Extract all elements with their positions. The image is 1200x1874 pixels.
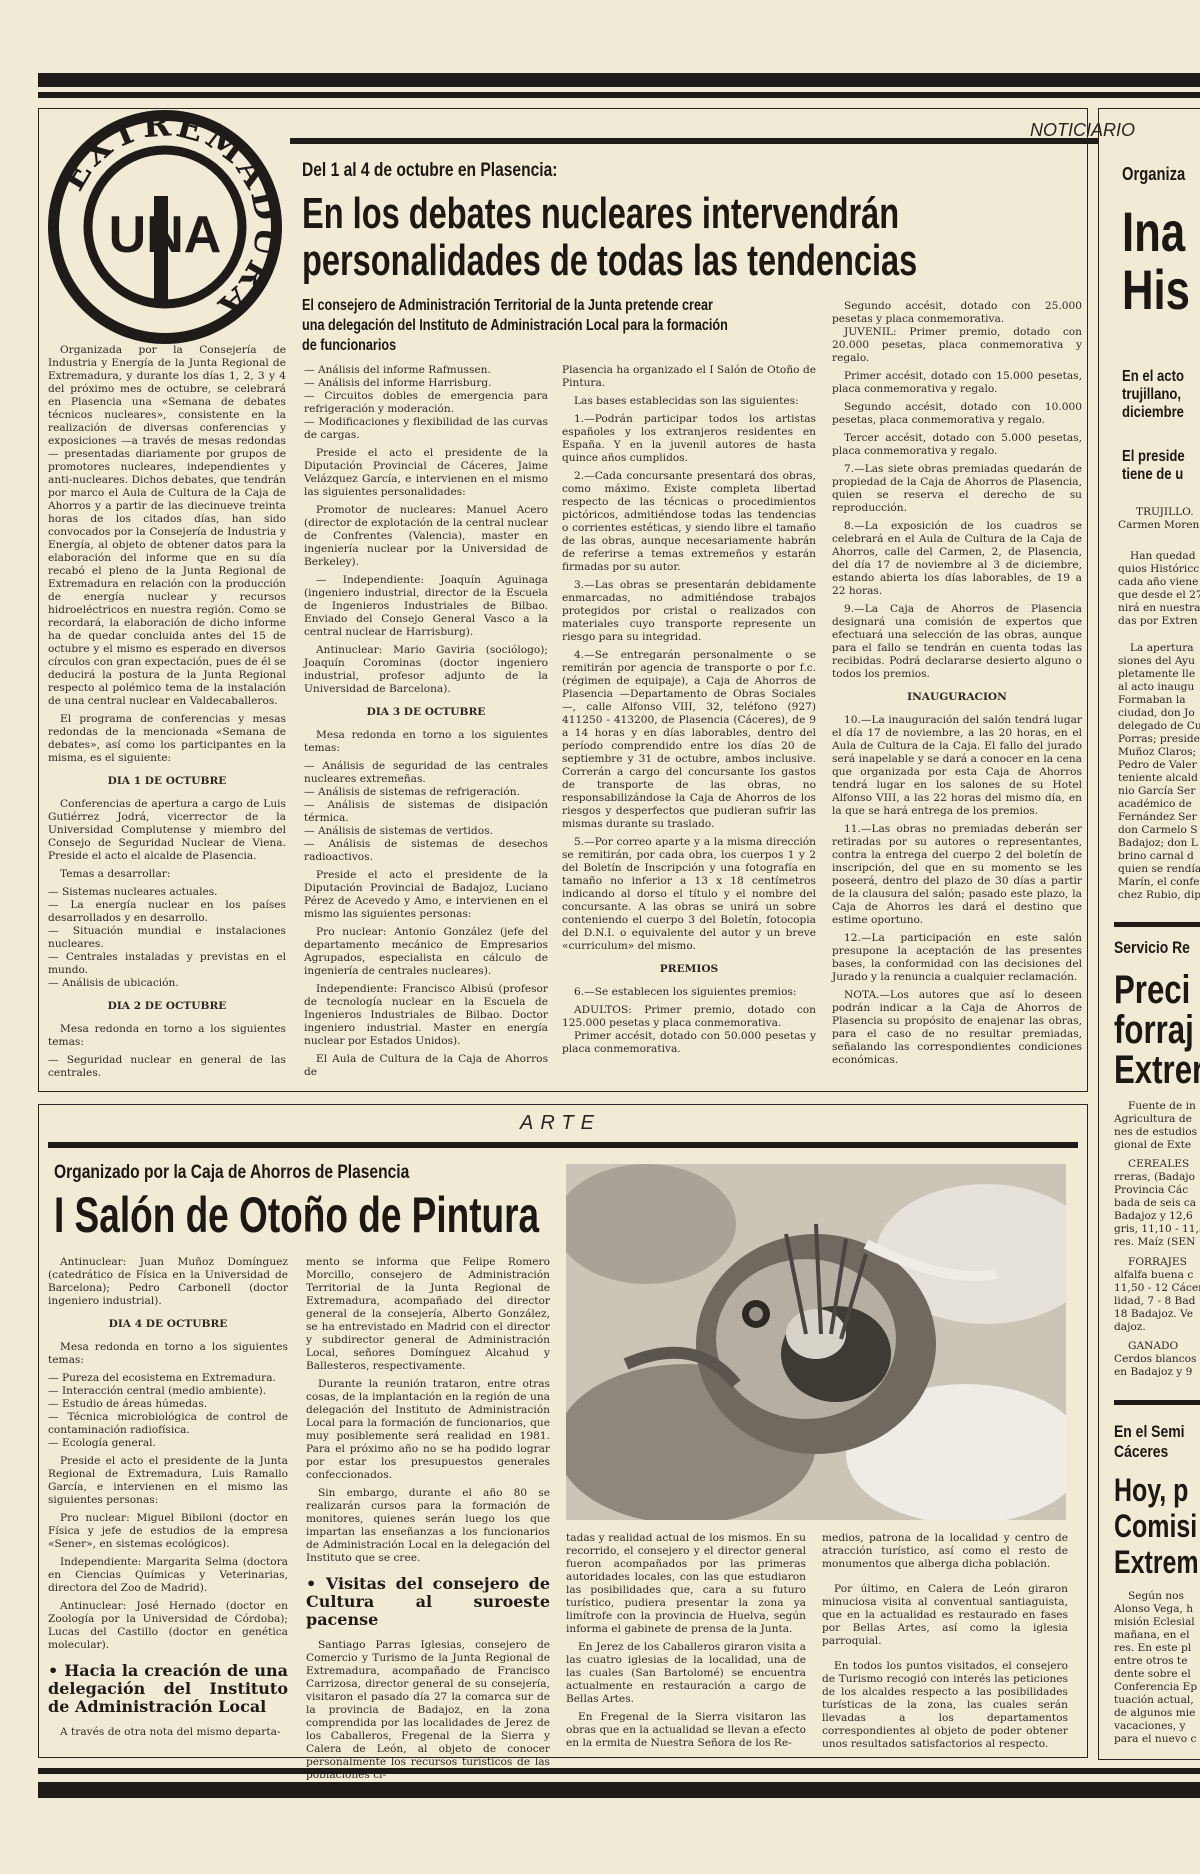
section-label-arte: ARTE	[520, 1112, 601, 1135]
main-col-1: Organizada por la Consejería de Industri…	[48, 344, 286, 1080]
sidebar-line: nes de estudios	[1114, 1126, 1197, 1139]
sidebar-para-5: FORRAJES alfalfa buena c 11,50 - 12 Cáce…	[1114, 1256, 1200, 1334]
main-col-4: Segundo accésit, dotado con 25.000 peset…	[832, 300, 1082, 1072]
article-headline-line1: En los debates nucleares intervendrán	[302, 190, 899, 238]
sidebar-kicker-line: En el Semi	[1114, 1422, 1185, 1442]
subhead-visitas: • Visitas del consejero de Cultura al su…	[306, 1575, 550, 1629]
sidebar-line: Provincia Các	[1114, 1184, 1200, 1197]
sidebar-line: delegado de Cu	[1118, 720, 1200, 733]
juvenil-accesit-2: Segundo accésit, dotado con 10.000 peset…	[832, 401, 1082, 427]
sidebar-line: brino carnal d	[1118, 850, 1200, 863]
sidebar-para-7: Según nos Alonso Vega, h misión Eclesial…	[1114, 1590, 1197, 1746]
sidebar-headline-line: Preci	[1114, 970, 1200, 1010]
day3-indep: Independiente: Francisco Albisú (profeso…	[304, 983, 548, 1048]
sidebar-line: mañana, en el	[1114, 1629, 1197, 1642]
sidebar-para-1: Han quedad quios Históricc cada año vien…	[1118, 550, 1200, 628]
day2-topic: — Seguridad nuclear en general de las ce…	[48, 1054, 286, 1080]
sidebar-headline-3: Hoy, p Comisi Extrem	[1114, 1472, 1199, 1580]
day4-indep: Independiente: Margarita Selma (doctora …	[48, 1556, 288, 1595]
visitas-fregenal: En Fregenal de la Sierra visitaron las o…	[566, 1711, 806, 1750]
sidebar-kicker-3: En el Semi Cáceres	[1114, 1422, 1185, 1462]
svg-text:UNA: UNA	[109, 206, 222, 264]
sidebar-line: Porras; preside	[1118, 733, 1200, 746]
sidebar-line: gris, 11,10 - 11,3	[1114, 1223, 1200, 1236]
flower-photo-icon	[566, 1164, 1066, 1520]
day4-preside: Preside el acto el presidente de la Junt…	[48, 1455, 288, 1507]
sidebar-line: tuación actual,	[1114, 1694, 1197, 1707]
sidebar-line: 11,50 - 12 Cácer	[1114, 1282, 1200, 1295]
day1-topic: — La energía nuclear en los países desar…	[48, 899, 286, 925]
sidebar-deck-2: El preside tiene de u	[1122, 448, 1185, 484]
day2-independiente: — Independiente: Joaquín Aguinaga (ingen…	[304, 574, 548, 639]
arte-col-1: Antinuclear: Juan Muñoz Domínguez (cated…	[48, 1256, 288, 1744]
juvenil-prize: JUVENIL: Primer premio, dotado con 20.00…	[832, 326, 1082, 365]
base-5: 5.—Por correo aparte y a la misma direcc…	[562, 836, 816, 953]
sidebar-headline-1a: Ina	[1122, 202, 1185, 262]
article-deck: El consejero de Administración Territori…	[302, 296, 729, 356]
sidebar-deck-line: El preside	[1122, 448, 1185, 466]
aula-start: El Aula de Cultura de la Caja de Ahorros…	[304, 1053, 548, 1079]
sidebar-para-2: La apertura siones del Ayu pletamente ll…	[1118, 642, 1200, 902]
sidebar-line: das por Extren	[1118, 615, 1200, 628]
day3-heading: DIA 3 DE OCTUBRE	[304, 706, 548, 719]
delegacion-p1: mento se informa que Felipe Romero Morci…	[306, 1256, 550, 1373]
sidebar-deck-line: En el acto	[1122, 368, 1184, 386]
painting-photo	[566, 1164, 1066, 1520]
sidebar-line: académico de	[1118, 798, 1200, 811]
sidebar-headline-line: Comisi	[1114, 1508, 1199, 1544]
sidebar-rule-2	[1114, 1400, 1200, 1405]
sidebar-headline-line: Extrer	[1114, 1050, 1200, 1090]
sidebar-line: Agricultura de	[1114, 1113, 1197, 1126]
day4-pro: Pro nuclear: Miguel Bibiloni (doctor en …	[48, 1512, 288, 1551]
sidebar-line: dajoz.	[1114, 1321, 1200, 1334]
day1-topics-label: Temas a desarrollar:	[48, 868, 286, 881]
sidebar-line: para el nuevo c	[1114, 1733, 1197, 1746]
juvenil-accesit-1: Primer accésit, dotado con 15.000 peseta…	[832, 370, 1082, 396]
sidebar-line: Cerdos blancos	[1114, 1353, 1196, 1366]
sidebar-line: La apertura	[1118, 642, 1200, 655]
sidebar-line: rreras, (Badajo	[1114, 1171, 1200, 1184]
day4-topic: — Estudio de áreas húmedas.	[48, 1398, 288, 1411]
sidebar-line: dente sobre el	[1114, 1668, 1197, 1681]
adultos-prize: ADULTOS: Primer premio, dotado con 125.0…	[562, 1004, 816, 1030]
sidebar-line: siones del Ayu	[1118, 655, 1200, 668]
program-paragraph: El programa de conferencias y mesas redo…	[48, 713, 286, 765]
sidebar-line: Pedro de Valer	[1118, 759, 1200, 772]
sidebar-line: vacaciones, y	[1114, 1720, 1197, 1733]
sidebar-deck-line: diciembre	[1122, 404, 1184, 422]
sidebar-line: quios Históricc	[1118, 563, 1200, 576]
sidebar-deck-line: tiene de u	[1122, 466, 1185, 484]
salon-intro: Plasencia ha organizado el I Salón de Ot…	[562, 364, 816, 390]
day3-topic: — Análisis de sistemas de vertidos.	[304, 825, 548, 838]
sidebar-line: Badajoz; don L	[1118, 837, 1200, 850]
sidebar-line: nio García Ser	[1118, 785, 1200, 798]
sidebar-line: quien se rendía	[1118, 863, 1200, 876]
day1-heading: DIA 1 DE OCTUBRE	[48, 775, 286, 788]
sidebar-para-6: GANADO Cerdos blancos en Badajoz y 9	[1114, 1340, 1196, 1379]
sidebar-line: res. En este pl	[1114, 1642, 1197, 1655]
day3-topic: — Análisis de sistemas de refrigeración.	[304, 786, 548, 799]
top-thick-rule	[38, 73, 1200, 87]
sidebar-line: alfalfa buena c	[1114, 1269, 1200, 1282]
sidebar-para-4: CEREALES rreras, (Badajo Provincia Các b…	[1114, 1158, 1200, 1249]
sidebar-deck-line: trujillano,	[1122, 386, 1184, 404]
bases-intro: Las bases establecidas son las siguiente…	[562, 395, 816, 408]
sidebar-line: Muñoz Claros;	[1118, 746, 1200, 759]
day3-paragraph: Mesa redonda en torno a los siguientes t…	[304, 729, 548, 755]
arte-kicker: Organizado por la Caja de Ahorros de Pla…	[54, 1162, 409, 1184]
sidebar-line: Formaban la	[1118, 694, 1200, 707]
sidebar-line: en Badajoz y 9	[1114, 1366, 1196, 1379]
headline-rule	[290, 138, 1098, 144]
day4-anti: Antinuclear: José Hernado (doctor en Zoo…	[48, 1600, 288, 1652]
adultos-accesit-2: Segundo accésit, dotado con 25.000 peset…	[832, 300, 1082, 326]
sidebar-column: Organiza Ina His En el acto trujillano, …	[1110, 150, 1200, 1750]
nota: NOTA.—Los autores que así lo deseen podr…	[832, 989, 1082, 1067]
sidebar-kicker-line: Cáceres	[1114, 1442, 1185, 1462]
article-kicker: Del 1 al 4 de octubre en Plasencia:	[302, 160, 557, 182]
sidebar-line: Fernández Ser	[1118, 811, 1200, 824]
sidebar-line: Marín, el confe	[1118, 876, 1200, 889]
day1-paragraph: Conferencias de apertura a cargo de Luis…	[48, 798, 286, 863]
sidebar-line: nirá en nuestra	[1118, 602, 1200, 615]
day1-topic: — Análisis de ubicación.	[48, 977, 286, 990]
arte-col-3: tadas y realidad actual de los mismos. E…	[566, 1532, 806, 1755]
intro-paragraph: Organizada por la Consejería de Industri…	[48, 344, 286, 708]
sidebar-line: Alonso Vega, h	[1114, 1603, 1197, 1616]
sidebar-line: cada año viene	[1118, 576, 1200, 589]
day3-topic: — Análisis de sistemas de disipación tér…	[304, 799, 548, 825]
inauguracion-heading: INAUGURACION	[832, 691, 1082, 704]
sidebar-line: chez Rubio, dip	[1118, 889, 1200, 902]
top-thin-rule	[38, 92, 1200, 98]
base-3: 3.—Las obras se presentarán debidamente …	[562, 579, 816, 644]
bottom-thick-rule	[38, 1782, 1200, 1798]
sidebar-deck-1: En el acto trujillano, diciembre	[1122, 368, 1184, 422]
sidebar-line: TRUJILLO.	[1118, 506, 1199, 519]
sidebar-line: al acto inaugu	[1118, 681, 1200, 694]
sidebar-line: pletamente lle	[1118, 668, 1200, 681]
day2-paragraph: Mesa redonda en torno a los siguientes t…	[48, 1023, 286, 1049]
main-col-2: — Análisis del informe Rafmussen. — Anál…	[304, 364, 548, 1084]
base-12: 12.—La participación en este salón presu…	[832, 932, 1082, 984]
sidebar-line: misión Eclesial	[1114, 1616, 1197, 1629]
sidebar-line: gional de Exte	[1114, 1139, 1197, 1152]
sidebar-line: don Carmelo S	[1118, 824, 1200, 837]
visitas-jerez: En Jerez de los Caballeros giraron visit…	[566, 1641, 806, 1706]
sidebar-line: FORRAJES	[1114, 1256, 1200, 1269]
extremadura-logo: EXTREMADURA UNA	[42, 104, 288, 350]
sidebar-line: Carmen Moren	[1118, 519, 1199, 532]
subhead-delegacion: • Hacia la creación de una delegación de…	[48, 1662, 288, 1716]
visitas-p2: tadas y realidad actual de los mismos. E…	[566, 1532, 806, 1636]
sidebar-headline-line: forraj	[1114, 1010, 1200, 1050]
day2-promotor: Promotor de nucleares: Manuel Acero (dir…	[304, 504, 548, 569]
day3-pro: Pro nuclear: Antonio González (jefe del …	[304, 926, 548, 978]
sidebar-headline-1b: His	[1122, 260, 1190, 320]
sidebar-kicker-2: Servicio Re	[1114, 938, 1190, 958]
arte-col-4: medios, patrona de la localidad y centro…	[822, 1532, 1068, 1756]
day2-topic: — Modificaciones y flexibilidad de las c…	[304, 416, 548, 442]
sidebar-line: res. Maíz (SEN	[1114, 1236, 1200, 1249]
base-6: 6.—Se establecen los siguientes premios:	[562, 986, 816, 999]
main-col-3: Plasencia ha organizado el I Salón de Ot…	[562, 364, 816, 1061]
day3-preside: Preside el acto el presidente de la Dipu…	[304, 869, 548, 921]
day4-heading: DIA 4 DE OCTUBRE	[48, 1318, 288, 1331]
premios-heading: PREMIOS	[562, 963, 816, 976]
sidebar-headline-line: Hoy, p	[1114, 1472, 1199, 1508]
day4-topic: — Pureza del ecosistema en Extremadura.	[48, 1372, 288, 1385]
base-2: 2.—Cada concursante presentará dos obras…	[562, 470, 816, 574]
adultos-accesit-1: Primer accésit, dotado con 50.000 peseta…	[562, 1030, 816, 1056]
sidebar-line: de algunos mie	[1114, 1707, 1197, 1720]
sidebar-line: lidad, 7 - 8 Bad	[1114, 1295, 1200, 1308]
day4-topic: — Técnica microbiológica de control de c…	[48, 1411, 288, 1437]
base-1: 1.—Podrán participar todos los artistas …	[562, 413, 816, 465]
bottom-thin-rule	[38, 1768, 1200, 1774]
sidebar-line: teniente alcald	[1118, 772, 1200, 785]
sidebar-line: 18 Badajoz. Ve	[1114, 1308, 1200, 1321]
arte-headline: I Salón de Otoño de Pintura	[54, 1188, 539, 1242]
sidebar-line: que desde el 27	[1118, 589, 1200, 602]
base-4: 4.—Se entregarán personalmente o se remi…	[562, 649, 816, 831]
day4-topic: — Interacción central (medio ambiente).	[48, 1385, 288, 1398]
sidebar-line: entre otros te	[1114, 1655, 1197, 1668]
day3-topic: — Análisis de sistemas de desechos radio…	[304, 838, 548, 864]
base-11: 11.—Las obras no premiadas deberán ser r…	[832, 823, 1082, 927]
day4-paragraph: Mesa redonda en torno a los siguientes t…	[48, 1341, 288, 1367]
delegacion-p2: Durante la reunión trataron, entre otras…	[306, 1378, 550, 1482]
day4-topic: — Ecología general.	[48, 1437, 288, 1450]
day2-heading: DIA 2 DE OCTUBRE	[48, 1000, 286, 1013]
visitas-medios: medios, patrona de la localidad y centro…	[822, 1532, 1068, 1571]
base-9: 9.—La Caja de Ahorros de Plasencia desig…	[832, 603, 1082, 681]
sidebar-rule-1	[1114, 922, 1200, 927]
visitas-p1: Santiago Parras Iglesias, consejero de C…	[306, 1639, 550, 1782]
article-headline-line2: personalidades de todas las tendencias	[302, 237, 917, 285]
day3-topic: — Análisis de seguridad de las centrales…	[304, 760, 548, 786]
visitas-calera: Por último, en Calera de León giraron mi…	[822, 1583, 1068, 1648]
day2-antinuclear: Antinuclear: Mario Gaviria (sociólogo); …	[304, 644, 548, 696]
sidebar-headline-2: Preci forraj Extrer	[1114, 970, 1200, 1090]
delegacion-start: A través de otra nota del mismo departa-	[48, 1726, 288, 1739]
sidebar-line: GANADO	[1114, 1340, 1196, 1353]
sidebar-line: bada de seis ca	[1114, 1197, 1200, 1210]
sidebar-kicker-1: Organiza	[1122, 164, 1185, 185]
visitas-conclusion: En todos los puntos visitados, el consej…	[822, 1660, 1068, 1751]
day2-topic: — Análisis del informe Harrisburg.	[304, 377, 548, 390]
base-7: 7.—Las siete obras premiadas quedarán de…	[832, 463, 1082, 515]
sidebar-line: CEREALES	[1114, 1158, 1200, 1171]
sidebar-line: Según nos	[1114, 1590, 1197, 1603]
sidebar-line: Badajoz y 12,6	[1114, 1210, 1200, 1223]
day3-antinuclear: Antinuclear: Juan Muñoz Domínguez (cated…	[48, 1256, 288, 1308]
day1-topic: — Situación mundial e instalaciones nucl…	[48, 925, 286, 951]
arte-rule	[48, 1142, 1078, 1148]
day2-topic: — Análisis del informe Rafmussen.	[304, 364, 548, 377]
day1-topic: — Sistemas nucleares actuales.	[48, 886, 286, 899]
sidebar-dateline: TRUJILLO. Carmen Moren	[1118, 506, 1199, 532]
sidebar-line: Han quedad	[1118, 550, 1200, 563]
base-8: 8.—La exposición de los cuadros se celeb…	[832, 520, 1082, 598]
juvenil-accesit-3: Tercer accésit, dotado con 5.000 pesetas…	[832, 432, 1082, 458]
sidebar-para-3: Fuente de in Agricultura de nes de estud…	[1114, 1100, 1197, 1152]
day2-preside: Preside el acto el presidente de la Dipu…	[304, 447, 548, 499]
base-10: 10.—La inauguración del salón tendrá lug…	[832, 714, 1082, 818]
logo-emblem-icon: EXTREMADURA UNA	[42, 104, 288, 350]
day2-topic: — Circuitos dobles de emergencia para re…	[304, 390, 548, 416]
sidebar-headline-line: Extrem	[1114, 1544, 1199, 1580]
arte-col-2: mento se informa que Felipe Romero Morci…	[306, 1256, 550, 1787]
sidebar-line: Conferencia Ep	[1114, 1681, 1197, 1694]
sidebar-line: ciudad, don Jo	[1118, 707, 1200, 720]
sidebar-line: Fuente de in	[1114, 1100, 1197, 1113]
delegacion-p3: Sin embargo, durante el año 80 se realiz…	[306, 1487, 550, 1565]
day1-topic: — Centrales instaladas y previstas en el…	[48, 951, 286, 977]
